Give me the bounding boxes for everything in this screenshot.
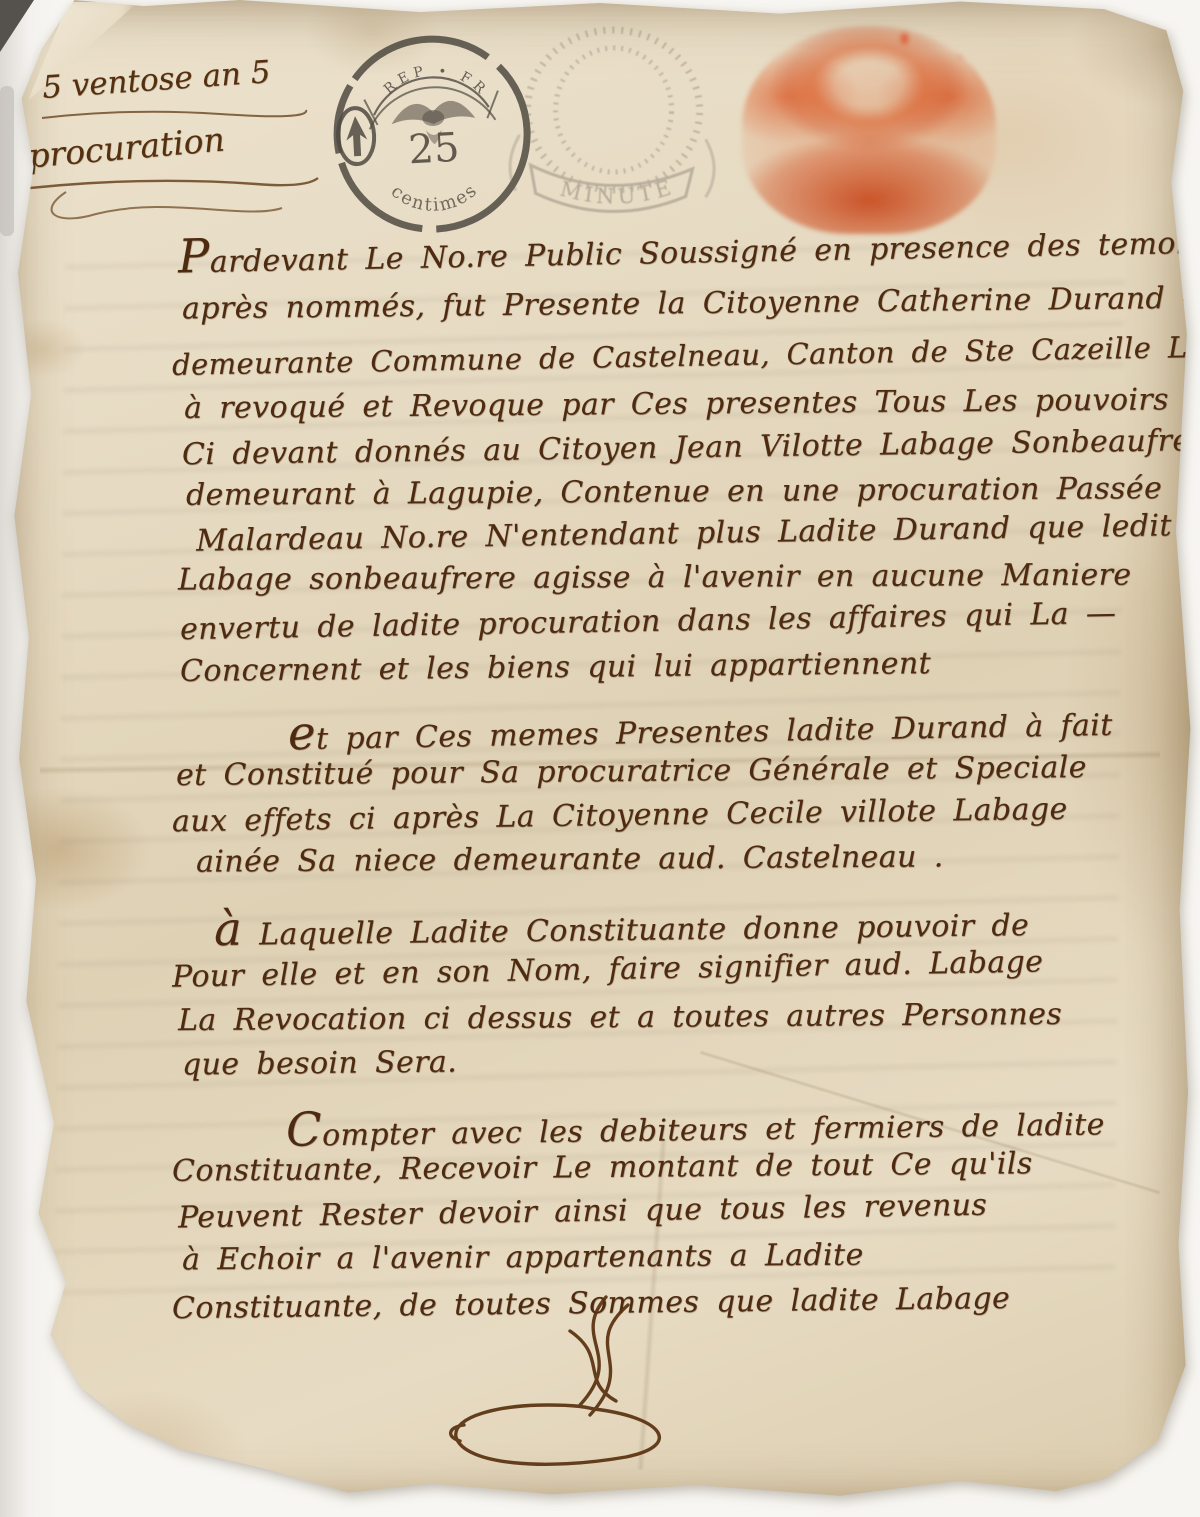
paper-sheet-wrap: 5 ventose an 5 procuration — [0, 0, 1200, 1517]
red-ink-seal — [742, 26, 996, 234]
manuscript-line: que besoin Sera. — [182, 1045, 458, 1083]
manuscript-line: La Revocation ci dessus et a toutes autr… — [178, 997, 1062, 1038]
manuscript-line: Labage sonbeaufrere agisse à l'avenir en… — [178, 558, 1132, 598]
manuscript-scan: 5 ventose an 5 procuration — [0, 0, 1200, 1517]
paper-sheet: 5 ventose an 5 procuration — [0, 0, 1200, 1517]
flourish-underline — [26, 168, 326, 228]
manuscript-line: demeurant à Lagupie, Contenue en une pro… — [186, 470, 1200, 513]
manuscript-line: à Echoir a l'avenir appartenants a Ladit… — [182, 1238, 864, 1278]
minute-wreath-stamp: MINUTE — [494, 14, 731, 240]
fiscal-stamp-unit: centimes — [386, 177, 483, 219]
manuscript-line: ainée Sa niece demeurante aud. Castelnea… — [196, 839, 944, 879]
margin-note-date: 5 ventose an 5 — [41, 54, 272, 106]
arrow-icon — [345, 116, 368, 157]
fiscal-stamp-value: 25 — [407, 125, 460, 174]
notary-paraph-flourish — [428, 1295, 758, 1485]
